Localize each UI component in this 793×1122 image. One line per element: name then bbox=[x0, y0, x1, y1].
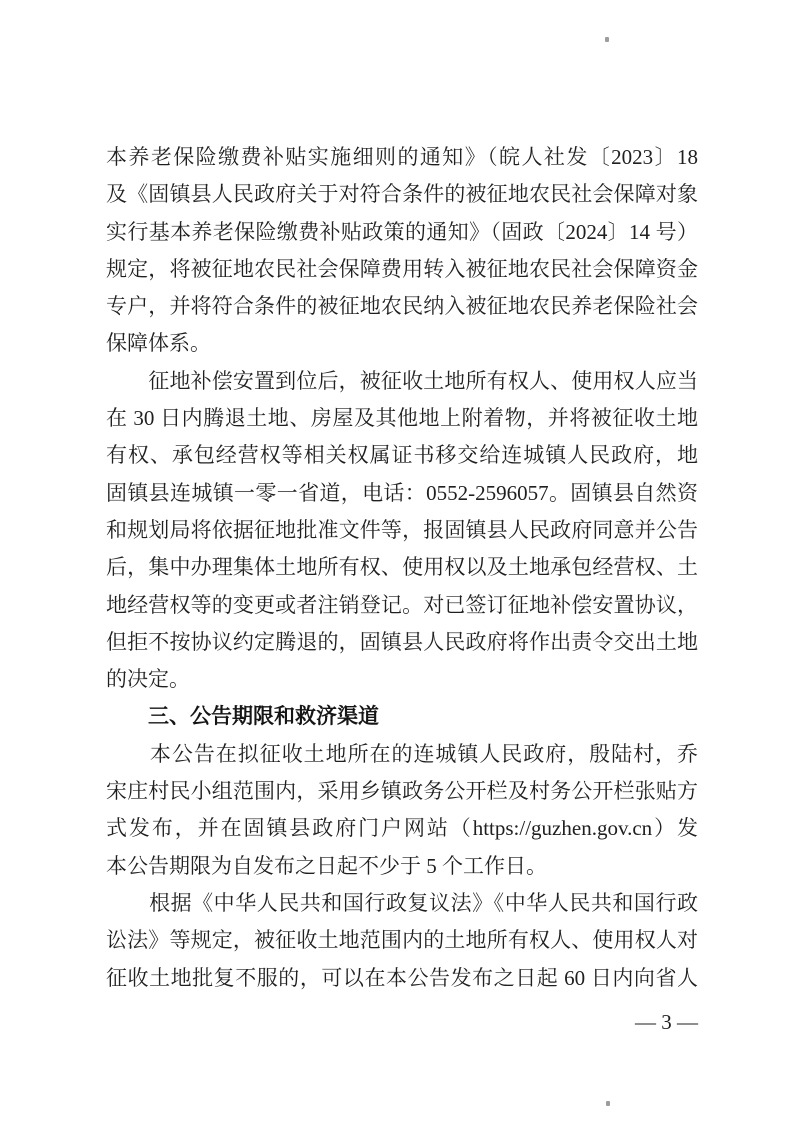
text-line: 规定，将被征地农民社会保障费用转入被征地农民社会保障资金 bbox=[106, 251, 698, 288]
text-line: 后，集中办理集体土地所有权、使用权以及土地承包经营权、土 bbox=[106, 549, 698, 586]
text-line: 固镇县连城镇一零一省道，电话：0552-2596057。固镇县自然资源 bbox=[106, 475, 698, 512]
text-line: 本公告在拟征收土地所在的连城镇人民政府，殷陆村，乔营、 bbox=[106, 736, 698, 773]
text-line: 本公告期限为自发布之日起不少于 5 个工作日。 bbox=[106, 848, 698, 885]
text-line: 在 30 日内腾退土地、房屋及其他地上附着物，并将被征收土地所 bbox=[106, 400, 698, 437]
text-line: 但拒不按协议约定腾退的，固镇县人民政府将作出责令交出土地 bbox=[106, 624, 698, 661]
scan-artifact-bottom bbox=[606, 1101, 610, 1106]
text-line: 根据《中华人民共和国行政复议法》《中华人民共和国行政诉 bbox=[106, 885, 698, 922]
text-line: 地经营权等的变更或者注销登记。对已签订征地补偿安置协议， bbox=[106, 587, 698, 624]
text-line: 本养老保险缴费补贴实施细则的通知》（皖人社发〔2023〕18 号） bbox=[106, 139, 698, 176]
text-line: 征收土地批复不服的，可以在本公告发布之日起 60 日内向省人民 bbox=[106, 960, 698, 997]
scan-artifact-top bbox=[605, 37, 609, 42]
document-body: 本养老保险缴费补贴实施细则的通知》（皖人社发〔2023〕18 号）及《固镇县人民… bbox=[106, 139, 698, 997]
text-line: 有权、承包经营权等相关权属证书移交给连城镇人民政府，地址： bbox=[106, 437, 698, 474]
text-line: 征地补偿安置到位后，被征收土地所有权人、使用权人应当 bbox=[106, 363, 698, 400]
page-number: — 3 — bbox=[106, 1006, 698, 1038]
text-line: 讼法》等规定，被征收土地范围内的土地所有权人、使用权人对 bbox=[106, 922, 698, 959]
section-heading: 三、公告期限和救济渠道 bbox=[106, 698, 698, 735]
text-line: 的决定。 bbox=[106, 661, 698, 698]
text-line: 保障体系。 bbox=[106, 325, 698, 362]
text-line: 实行基本养老保险缴费补贴政策的通知》（固政〔2024〕14 号）等 bbox=[106, 214, 698, 251]
text-line: 和规划局将依据征地批准文件等，报固镇县人民政府同意并公告 bbox=[106, 512, 698, 549]
text-line: 专户，并将符合条件的被征地农民纳入被征地农民养老保险社会 bbox=[106, 288, 698, 325]
document-page: { "page": { "background_color": "#ffffff… bbox=[0, 0, 793, 1122]
text-line: 式发布，并在固镇县政府门户网站（https://guzhen.gov.cn）发布… bbox=[106, 810, 698, 847]
text-line: 宋庄村民小组范围内，采用乡镇政务公开栏及村务公开栏张贴方 bbox=[106, 773, 698, 810]
text-line: 及《固镇县人民政府关于对符合条件的被征地农民社会保障对象 bbox=[106, 176, 698, 213]
